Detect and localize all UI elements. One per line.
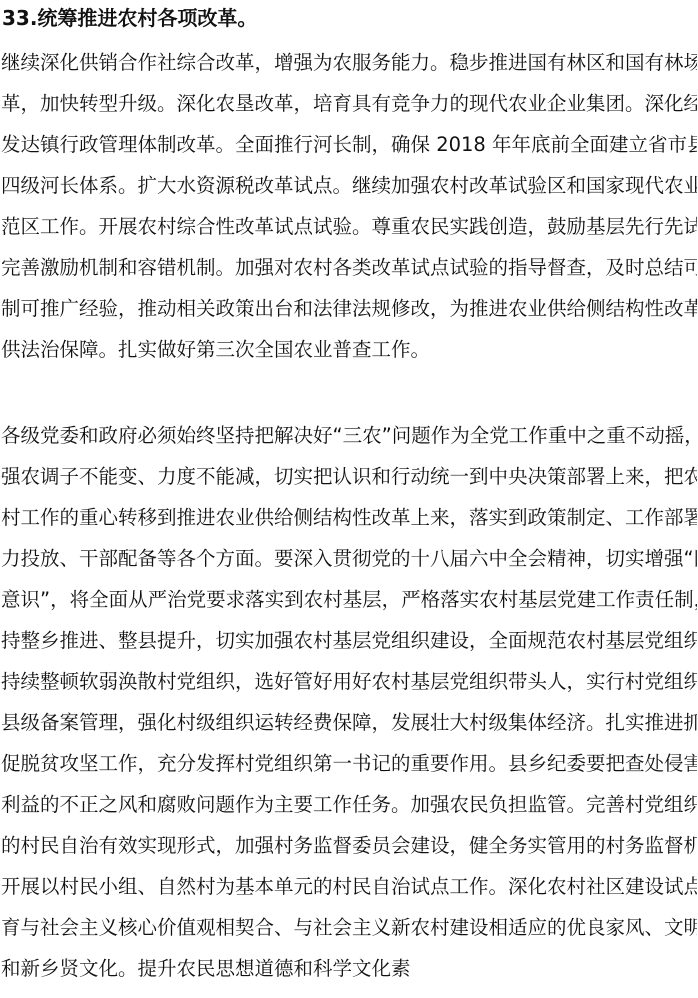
text-line: 供法治保障。扎实做好第三次全国农业普查工作。 — [0, 329, 697, 370]
paragraph-rural-reform: 继续深化供销合作社综合改革，增强为农服务能力。稳步推进国有林区和国有林场改 革，… — [0, 42, 698, 370]
text-line: 革，加快转型升级。深化农垦改革，培育具有竞争力的现代农业企业集团。深化经济 — [0, 83, 697, 124]
text-line: 开展以村民小组、自然村为基本单元的村民自治试点工作。深化农村社区建设试点。培 — [0, 866, 697, 907]
text-line: 制可推广经验，推动相关政策出台和法律法规修改，为推进农业供给侧结构性改革提 — [0, 288, 697, 329]
text-line: 育与社会主义核心价值观相契合、与社会主义新农村建设相适应的优良家风、文明乡风 — [0, 907, 697, 948]
text-line: 利益的不正之风和腐败问题作为主要工作任务。加强农民负担监管。完善村党组织领导 — [0, 784, 697, 825]
text-line: 各级党委和政府必须始终坚持把解决好“三农”问题作为全党工作重中之重不动摇，重农 — [0, 415, 697, 456]
text-line: 持整乡推进、整县提升，切实加强农村基层党组织建设，全面规范农村基层党组织生活， — [0, 620, 697, 661]
text-line: 和新乡贤文化。提升农民思想道德和科学文化素 — [0, 948, 697, 989]
section-title: 33.统筹推进农村各项改革。 — [2, 5, 257, 31]
text-line: 完善激励机制和容错机制。加强对农村各类改革试点试验的指导督查，及时总结可复 — [0, 247, 697, 288]
text-line: 四级河长体系。扩大水资源税改革试点。继续加强农村改革试验区和国家现代农业示 — [0, 165, 697, 206]
text-line: 强农调子不能变、力度不能减，切实把认识和行动统一到中央决策部署上来，把农业农 — [0, 456, 697, 497]
text-line: 力投放、干部配备等各个方面。要深入贯彻党的十八届六中全会精神，切实增强“四个 — [0, 538, 697, 579]
text-line: 范区工作。开展农村综合性改革试点试验。尊重农民实践创造，鼓励基层先行先试， — [0, 206, 697, 247]
text-line: 持续整顿软弱涣散村党组织，选好管好用好农村基层党组织带头人，实行村党组织书记 — [0, 661, 697, 702]
paragraph-party-leadership: 各级党委和政府必须始终坚持把解决好“三农”问题作为全党工作重中之重不动摇，重农 … — [0, 415, 698, 989]
text-line: 意识”，将全面从严治党要求落实到农村基层，严格落实农村基层党建工作责任制，坚 — [0, 579, 697, 620]
text-line: 发达镇行政管理体制改革。全面推行河长制，确保 2018 年年底前全面建立省市县乡 — [0, 124, 697, 165]
text-line: 继续深化供销合作社综合改革，增强为农服务能力。稳步推进国有林区和国有林场改 — [0, 42, 697, 83]
text-line: 促脱贫攻坚工作，充分发挥村党组织第一书记的重要作用。县乡纪委要把查处侵害群众 — [0, 743, 697, 784]
text-line: 县级备案管理，强化村级组织运转经费保障，发展壮大村级集体经济。扎实推进抓党建 — [0, 702, 697, 743]
text-line: 的村民自治有效实现形式，加强村务监督委员会建设，健全务实管用的村务监督机制， — [0, 825, 697, 866]
text-line: 村工作的重心转移到推进农业供给侧结构性改革上来，落实到政策制定、工作部署、财 — [0, 497, 697, 538]
